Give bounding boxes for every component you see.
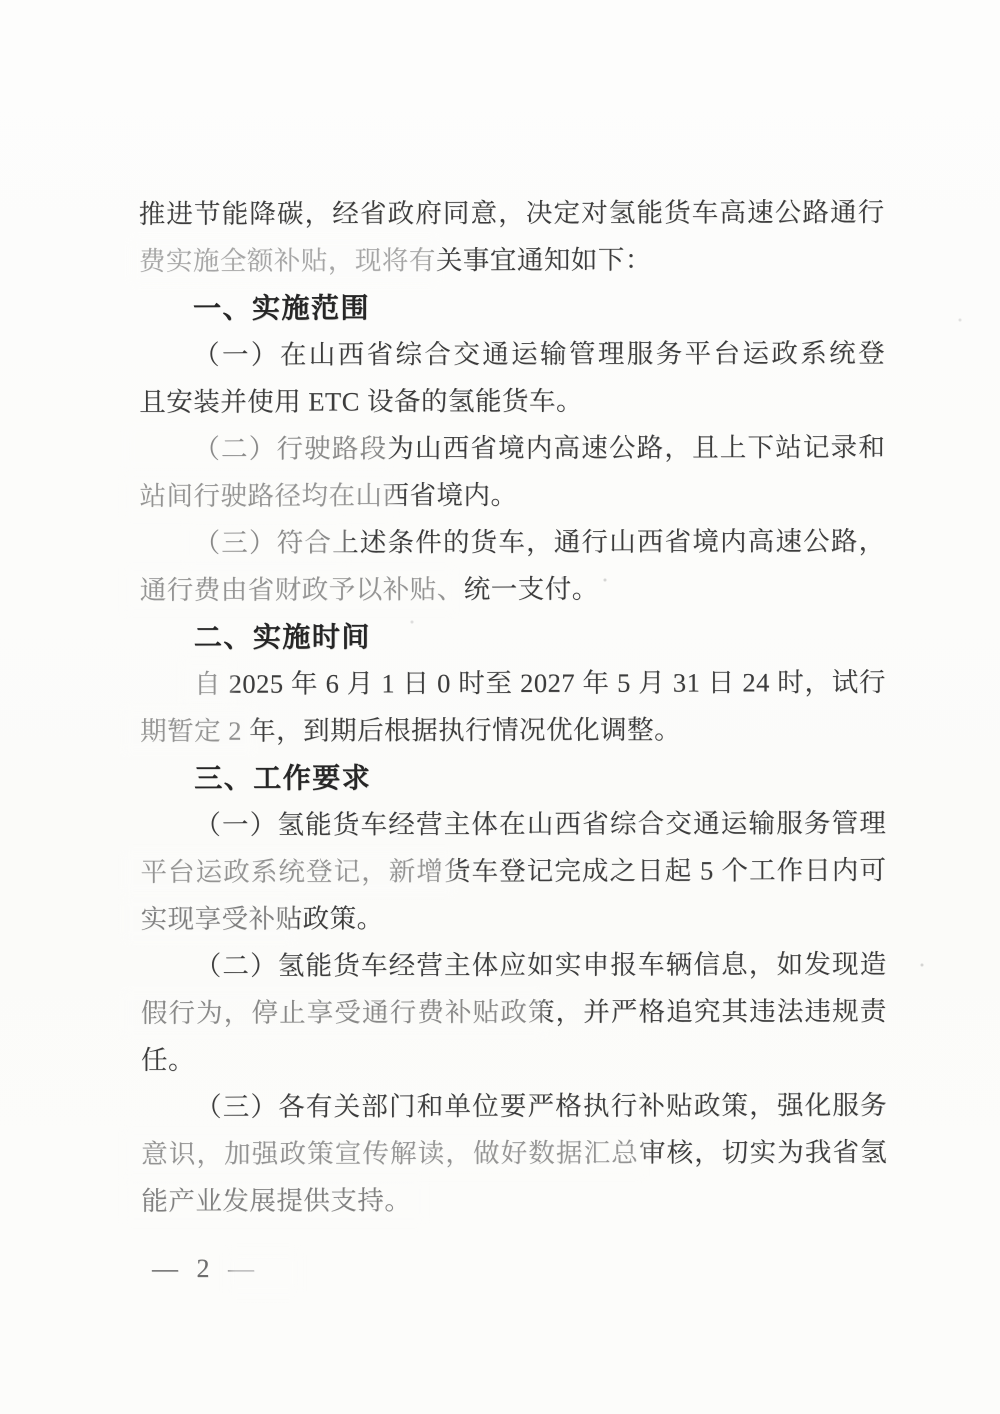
section1-item2-line1: （二）行驶路段为山西省境内高速公路，且上下站记录和 [139, 424, 885, 473]
section-3-heading: 三、工作要求 [140, 753, 886, 802]
intro-paragraph-line-2: 费实施全额补贴，现将有关事宜通知如下： [139, 236, 885, 285]
page-number: — 2 — [152, 1248, 260, 1290]
section3-item3-line3: 能产业发展提供支持。 [141, 1176, 887, 1225]
section1-item2-line2: 站间行驶路径均在山西省境内。 [139, 471, 885, 520]
section3-item2-line1: （二）氢能货车经营主体应如实申报车辆信息，如发现造 [141, 941, 887, 990]
section3-item3-line2: 意识，加强政策宣传解读，做好数据汇总审核，切实为我省氢 [141, 1129, 887, 1178]
document-body: 推进节能降碳，经省政府同意，决定对氢能货车高速公路通行 费实施全额补贴，现将有关… [139, 189, 888, 1225]
section3-item2-line2: 假行为，停止享受通行费补贴政策，并严格追究其违法违规责 [141, 988, 887, 1037]
section2-paragraph-line2: 期暂定 2 年，到期后根据执行情况优化调整。 [140, 706, 886, 755]
section1-item1-line1: （一）在山西省综合交通运输管理服务平台运政系统登记， [139, 330, 885, 379]
section-2-heading: 二、实施时间 [140, 612, 886, 661]
section3-item1-line2: 平台运政系统登记，新增货车登记完成之日起 5 个工作日内可 [140, 847, 886, 896]
section3-item1-line1: （一）氢能货车经营主体在山西省综合交通运输服务管理 [140, 800, 886, 849]
section1-item3-line2: 通行费由省财政予以补贴、统一支付。 [140, 565, 886, 614]
section-1-heading: 一、实施范围 [139, 283, 885, 332]
section2-paragraph-line1: 自 2025 年 6 月 1 日 0 时至 2027 年 5 月 31 日 24… [140, 659, 886, 708]
intro-paragraph-line-1: 推进节能降碳，经省政府同意，决定对氢能货车高速公路通行 [139, 189, 885, 238]
section1-item3-line1: （三）符合上述条件的货车，通行山西省境内高速公路， [140, 518, 886, 567]
scanned-document-page: 推进节能降碳，经省政府同意，决定对氢能货车高速公路通行 费实施全额补贴，现将有关… [0, 0, 1000, 1414]
section1-item1-line2: 且安装并使用 ETC 设备的氢能货车。 [139, 377, 885, 426]
section3-item3-line1: （三）各有关部门和单位要严格执行补贴政策，强化服务 [141, 1082, 887, 1131]
section3-item2-line3: 任。 [141, 1035, 887, 1084]
section3-item1-line3: 实现享受补贴政策。 [140, 894, 886, 943]
